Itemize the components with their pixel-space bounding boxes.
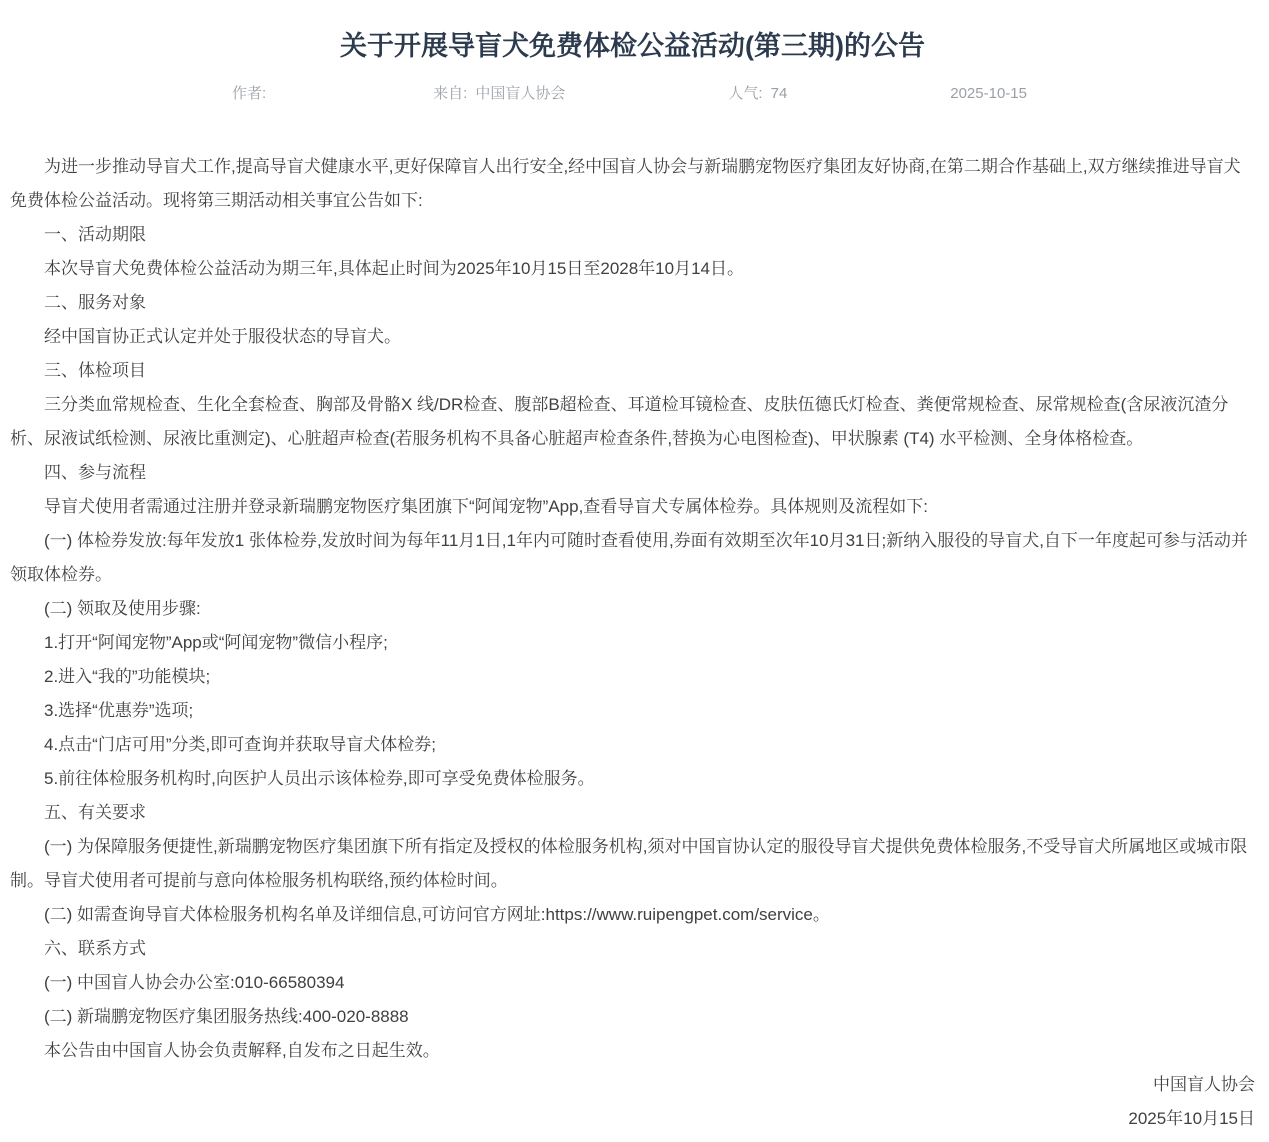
heading-checkup-items: 三、体检项目 (10, 354, 1255, 388)
meta-row: 作者: 来自: 中国盲人协会 人气: 74 2025-10-15 (232, 84, 1027, 104)
meta-views: 人气: 74 (728, 84, 787, 104)
meta-author: 作者: (232, 84, 270, 104)
signature-org: 中国盲人协会 (10, 1068, 1255, 1102)
meta-source: 来自: 中国盲人协会 (433, 84, 565, 104)
signature-date: 2025年10月15日 (10, 1102, 1255, 1136)
para-activity-period: 本次导盲犬免费体检公益活动为期三年,具体起止时间为2025年10月15日至202… (10, 252, 1255, 286)
para-effective-note: 本公告由中国盲人协会负责解释,自发布之日起生效。 (10, 1034, 1255, 1068)
heading-activity-period: 一、活动期限 (10, 218, 1255, 252)
announcement-page: 关于开展导盲犬免费体检公益活动(第三期)的公告 作者: 来自: 中国盲人协会 人… (0, 0, 1269, 1142)
meta-date-value: 2025-10-15 (950, 85, 1027, 102)
meta-date: 2025-10-15 (950, 84, 1027, 104)
page-title: 关于开展导盲犬免费体检公益活动(第三期)的公告 (10, 26, 1255, 66)
para-step-4: 4.点击“门店可用”分类,即可查询并获取导盲犬体检券; (10, 728, 1255, 762)
heading-participation-process: 四、参与流程 (10, 456, 1255, 490)
intro-paragraph: 为进一步推动导盲犬工作,提高导盲犬健康水平,更好保障盲人出行安全,经中国盲人协会… (10, 150, 1255, 218)
heading-service-target: 二、服务对象 (10, 286, 1255, 320)
meta-views-value: 74 (771, 85, 788, 102)
heading-requirements: 五、有关要求 (10, 796, 1255, 830)
para-checkup-items: 三分类血常规检查、生化全套检查、胸部及骨骼X 线/DR检查、腹部B超检查、耳道检… (10, 388, 1255, 456)
para-step-5: 5.前往体检服务机构时,向医护人员出示该体检券,即可享受免费体检服务。 (10, 762, 1255, 796)
para-contact-hotline: (二) 新瑞鹏宠物医疗集团服务热线:400-020-8888 (10, 1000, 1255, 1034)
para-steps-heading: (二) 领取及使用步骤: (10, 592, 1255, 626)
heading-contact: 六、联系方式 (10, 932, 1255, 966)
para-voucher-issuance: (一) 体检券发放:每年发放1 张体检券,发放时间为每年11月1日,1年内可随时… (10, 524, 1255, 592)
para-process-intro: 导盲犬使用者需通过注册并登录新瑞鹏宠物医疗集团旗下“阿闻宠物”App,查看导盲犬… (10, 490, 1255, 524)
meta-author-label: 作者: (232, 85, 266, 102)
meta-source-label: 来自: (433, 85, 467, 102)
para-contact-office: (一) 中国盲人协会办公室:010-66580394 (10, 966, 1255, 1000)
para-requirement-1: (一) 为保障服务便捷性,新瑞鹏宠物医疗集团旗下所有指定及授权的体检服务机构,须… (10, 830, 1255, 898)
signature-block: 中国盲人协会 2025年10月15日 (10, 1068, 1255, 1136)
para-step-1: 1.打开“阿闻宠物”App或“阿闻宠物”微信小程序; (10, 626, 1255, 660)
announcement-body: 为进一步推动导盲犬工作,提高导盲犬健康水平,更好保障盲人出行安全,经中国盲人协会… (10, 150, 1255, 1068)
para-requirement-2: (二) 如需查询导盲犬体检服务机构名单及详细信息,可访问官方网址:https:/… (10, 898, 1255, 932)
meta-views-label: 人气: (728, 85, 762, 102)
meta-source-value: 中国盲人协会 (475, 85, 565, 102)
para-step-2: 2.进入“我的”功能模块; (10, 660, 1255, 694)
para-step-3: 3.选择“优惠券”选项; (10, 694, 1255, 728)
para-service-target: 经中国盲协正式认定并处于服役状态的导盲犬。 (10, 320, 1255, 354)
